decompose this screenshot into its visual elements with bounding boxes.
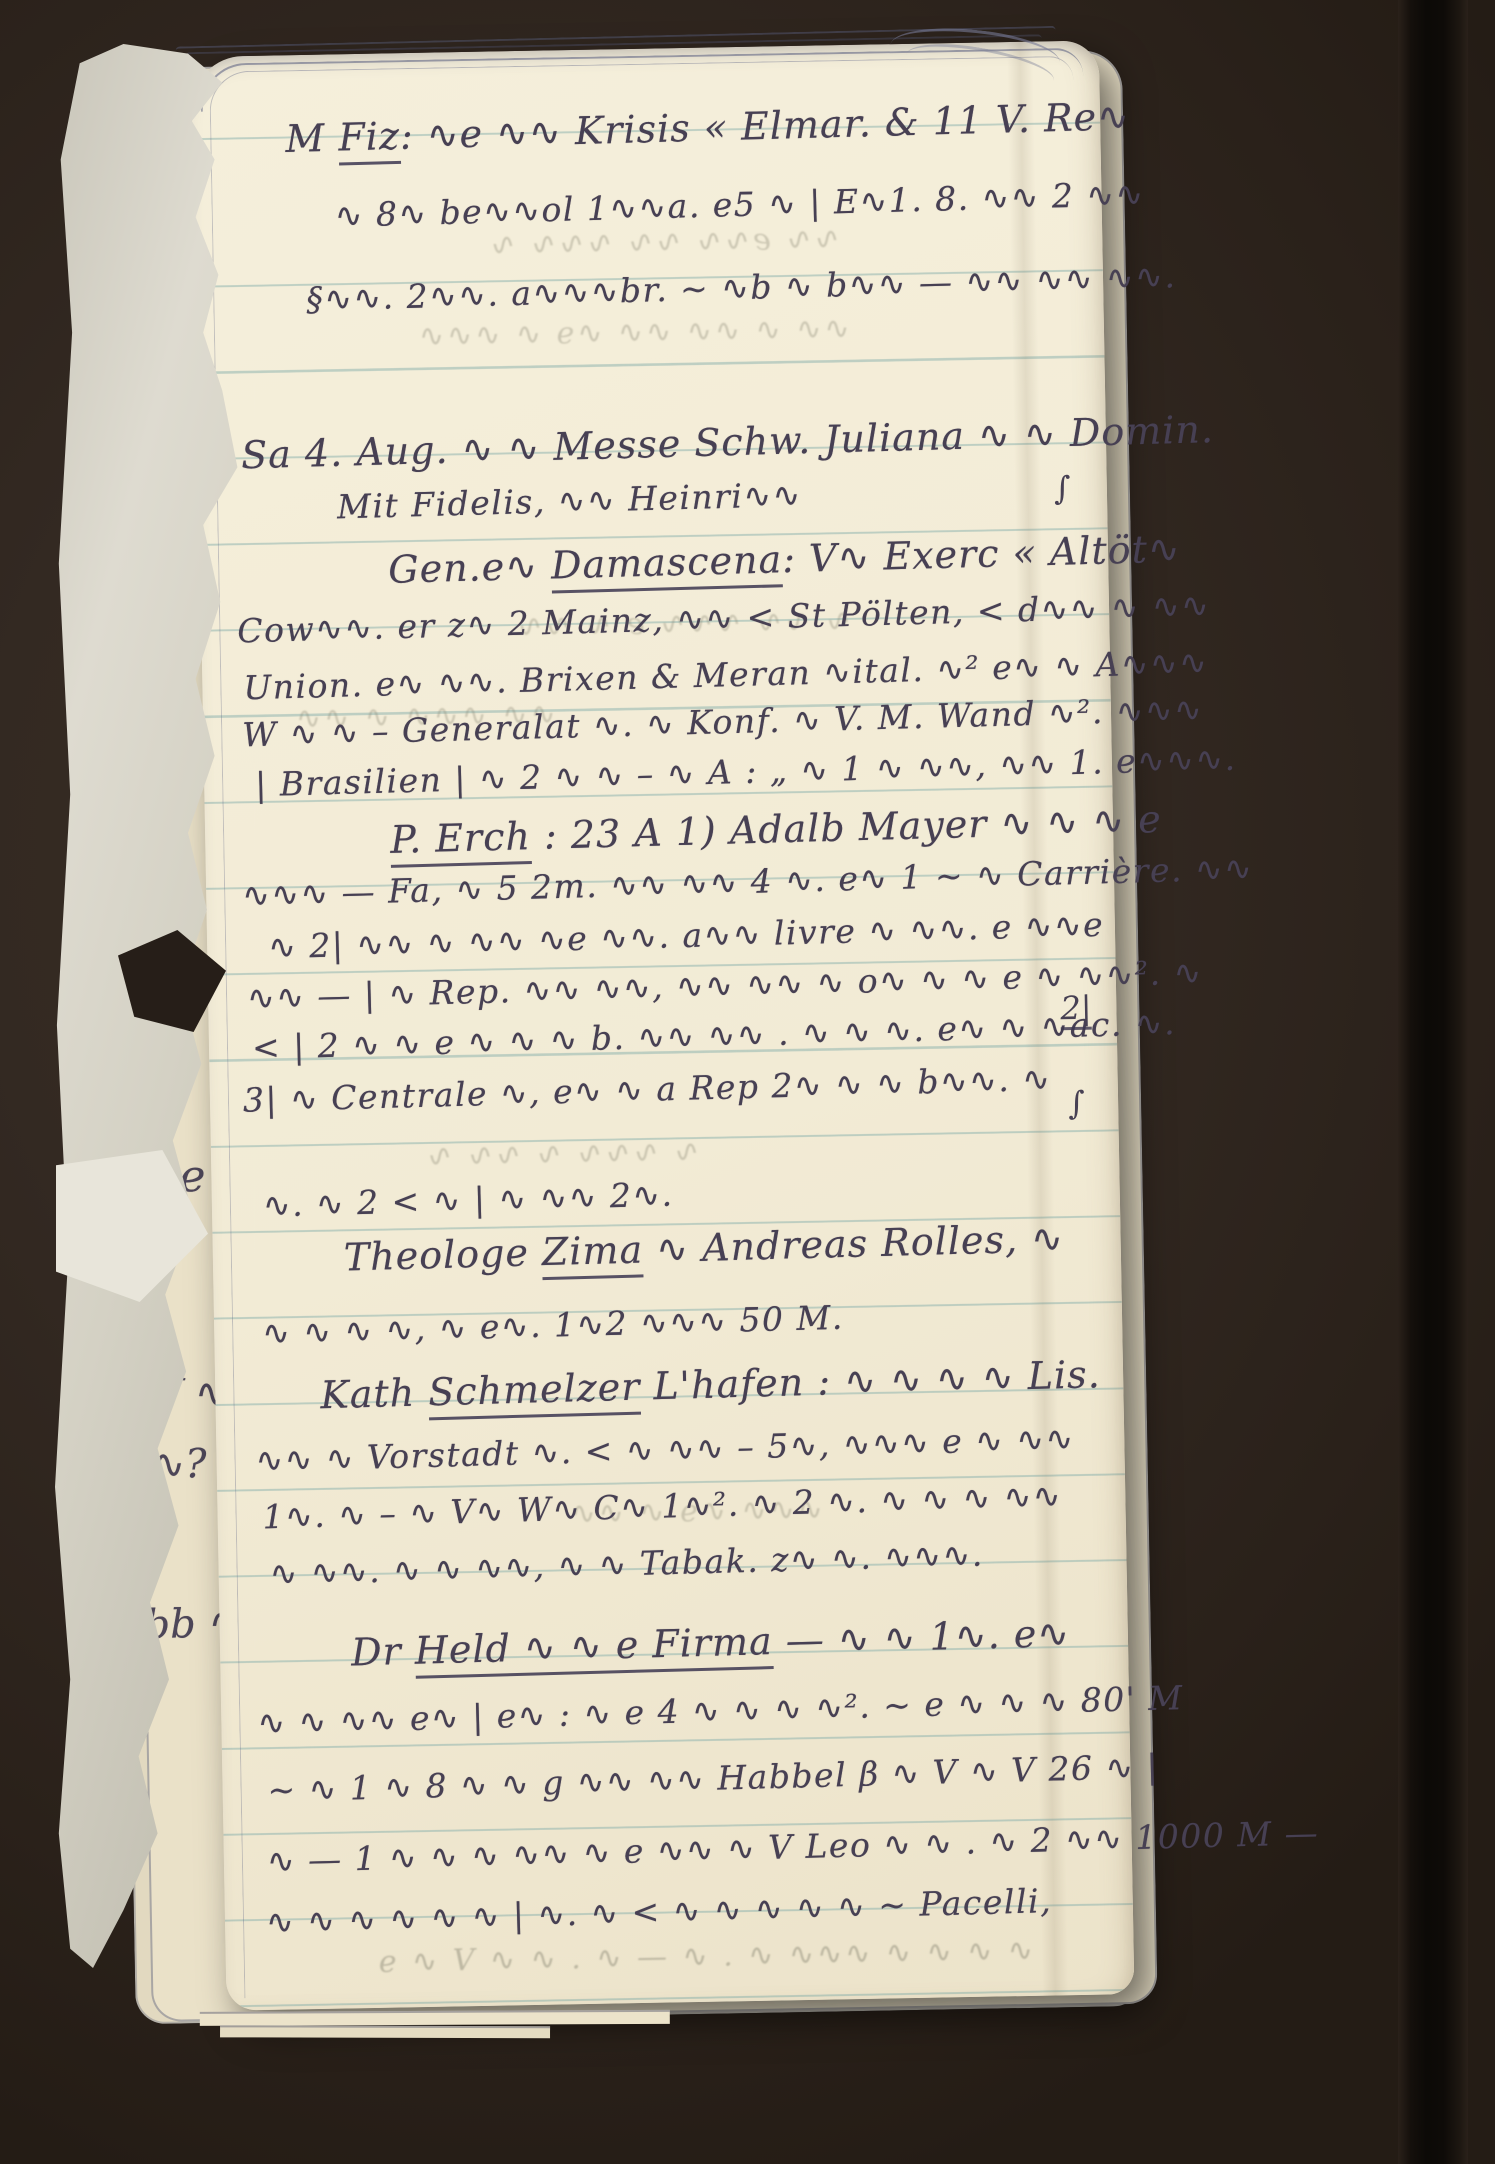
page-edge-mark: 2|: [1060, 989, 1092, 1031]
heading-text: Dr: [351, 1629, 416, 1675]
underlined-word: Held ∿ ∿ e Firma: [414, 1619, 773, 1679]
notebook-page-block: b N. x. < ∿ a So V Ge V ∿ ∿? bb ∿ ∿∿ e∿∿…: [46, 18, 1474, 2103]
page-stack-edge-bottom: [220, 2025, 550, 2038]
page-edge-mark: ∫: [1068, 1084, 1085, 1122]
heading-text: Theologe: [343, 1230, 542, 1279]
underlined-word: Damascena: [550, 537, 782, 593]
heading-text: Kath: [320, 1370, 429, 1417]
underlined-word: P. Erch: [390, 814, 532, 868]
page-edge-mark: ∫: [1054, 469, 1071, 507]
page-stack-edge-bottom: [200, 2010, 670, 2026]
heading-text: M: [285, 116, 339, 161]
underlined-word: Schmelzer: [428, 1365, 641, 1421]
ghost-writing-line: ∿ ∿∿∿ ∿ ∿∿ ∿: [424, 1134, 700, 1174]
underlined-word: Zima: [541, 1227, 644, 1280]
photo-of-notebook: { "meta": { "description": "Photographed…: [0, 0, 1495, 2164]
handwriting-line: ∿. ∿ 2 < ∿ | ∿ ∿∿ 2∿.: [262, 1178, 673, 1222]
heading-text: Gen.e∿: [388, 544, 552, 592]
line-text: — ∿ ∿ 1∿. e∿: [772, 1611, 1071, 1663]
underlined-word: Fiz: [338, 114, 401, 166]
